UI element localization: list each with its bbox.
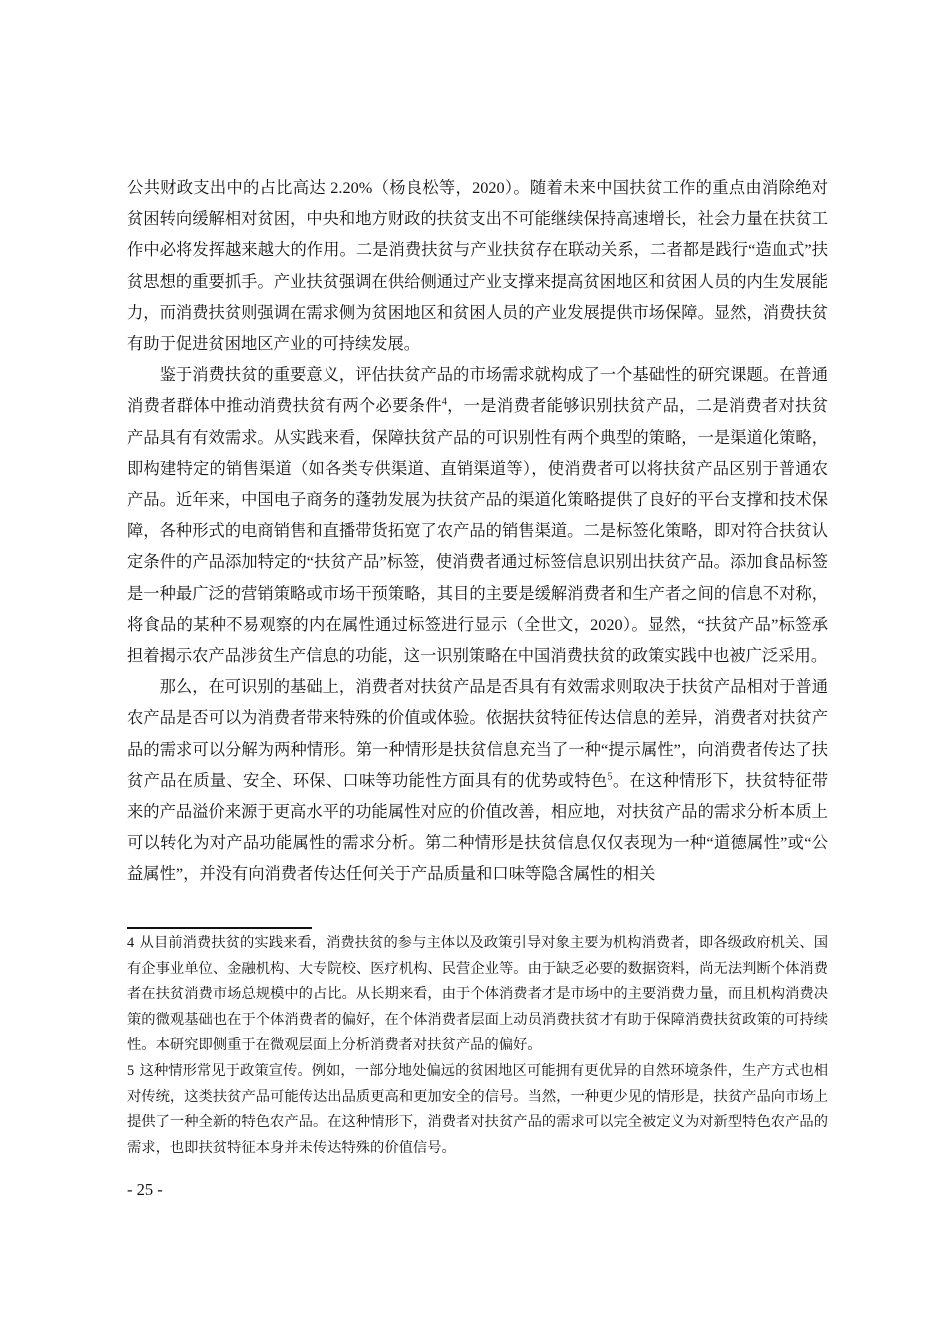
page-number: - 25 - (127, 1180, 163, 1200)
footnote-5-marker: 5 (127, 1063, 134, 1079)
paragraph-1: 公共财政支出中的占比高达 2.20%（杨良松等，2020）。随着未来中国扶贫工作… (127, 172, 828, 359)
footnote-4-marker: 4 (127, 935, 134, 951)
paragraph-1-text: 公共财政支出中的占比高达 2.20%（杨良松等，2020）。随着未来中国扶贫工作… (127, 178, 828, 353)
footnote-5-text: 这种情形常见于政策宣传。例如，一部分地处偏远的贫困地区可能拥有更优异的自然环境条… (127, 1063, 828, 1156)
footnotes-section: 4从目前消费扶贫的实践来看，消费扶贫的参与主体以及政策引导对象主要为机构消费者，… (127, 931, 828, 1161)
body-text: 公共财政支出中的占比高达 2.20%（杨良松等，2020）。随着未来中国扶贫工作… (127, 172, 828, 890)
paragraph-2: 鉴于消费扶贫的重要意义，评估扶贫产品的市场需求就构成了一个基础性的研究课题。在普… (127, 359, 828, 671)
document-page: 公共财政支出中的占比高达 2.20%（杨良松等，2020）。随着未来中国扶贫工作… (0, 0, 950, 1344)
footnote-4-text: 从目前消费扶贫的实践来看，消费扶贫的参与主体以及政策引导对象主要为机构消费者，即… (127, 935, 828, 1053)
footnote-5: 5这种情形常见于政策宣传。例如，一部分地处偏远的贫困地区可能拥有更优异的自然环境… (127, 1059, 828, 1161)
footnote-separator (127, 927, 312, 929)
paragraph-3: 那么，在可识别的基础上，消费者对扶贫产品是否具有有效需求则取决于扶贫产品相对于普… (127, 671, 828, 889)
paragraph-2-text-post: ，一是消费者能够识别扶贫产品，二是消费者对扶贫产品具有有效需求。从实践来看，保障… (127, 396, 828, 665)
footnote-4: 4从目前消费扶贫的实践来看，消费扶贫的参与主体以及政策引导对象主要为机构消费者，… (127, 931, 828, 1059)
